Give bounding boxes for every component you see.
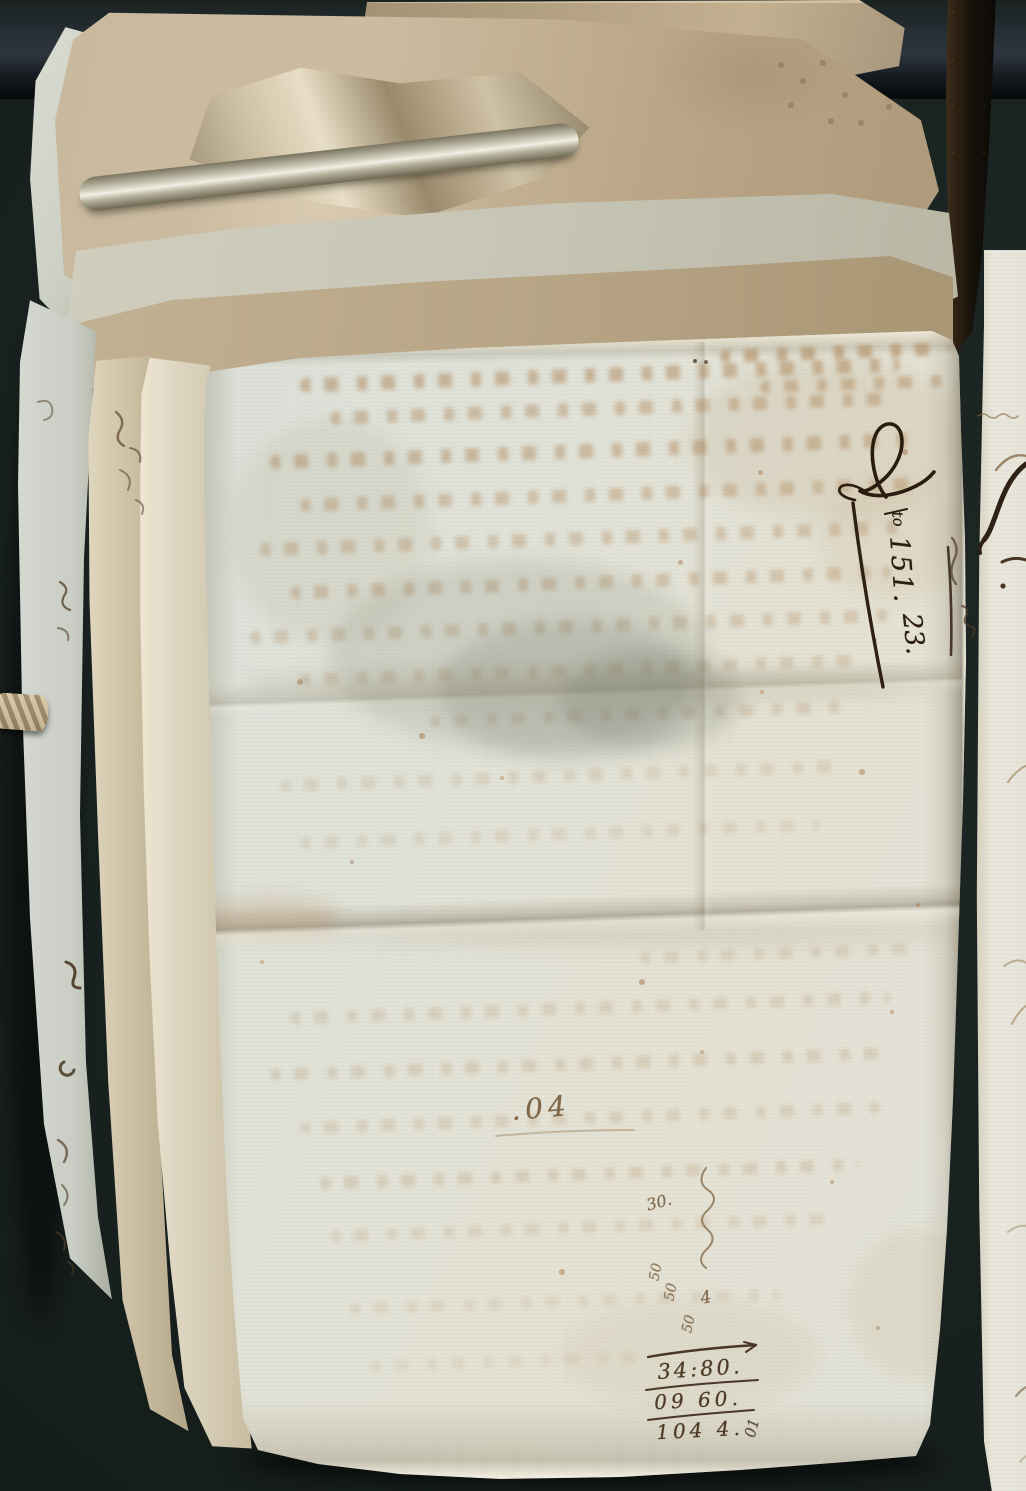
arithmetic-small-figure: 50 <box>647 1262 666 1282</box>
arithmetic-sum-row: 104 4. <box>656 1416 745 1445</box>
archival-leaf-number: 23. <box>896 612 930 656</box>
archival-photograph: to 151. 23. .04 30. 50 50 4 50 34:80. 09… <box>0 0 1026 1491</box>
arithmetic-sum-row: 09 60. <box>654 1386 743 1415</box>
fore-edge-ink-curls <box>951 538 974 636</box>
right-page-flourishes <box>978 414 1026 1462</box>
arithmetic-small-figure: 50 <box>662 1282 681 1302</box>
mid-page-number: .04 <box>510 1089 572 1127</box>
ink-marks-overlay <box>0 0 1026 1491</box>
archival-number: 151. <box>883 535 919 605</box>
paraph-flourish <box>839 424 934 514</box>
archival-superscript: to <box>888 510 908 527</box>
left-edge-ink-fragments <box>38 401 143 1274</box>
